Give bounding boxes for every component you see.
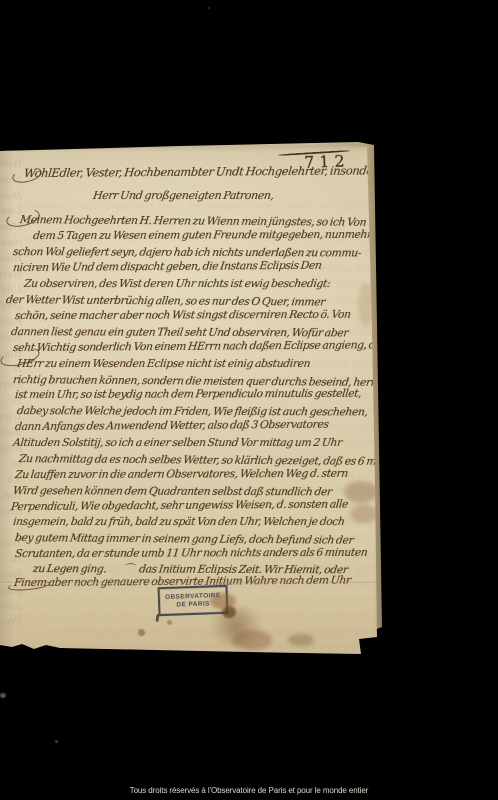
manuscript-line: Zu lauffen zuvor in die andern Observato… [14, 467, 348, 481]
manuscript-line: WohlEdler, Vester, Hochbenambter Undt Ho… [23, 163, 465, 180]
manuscript-line: Zu observiren, des Wist deren Uhr nichts… [23, 277, 331, 290]
manuscript-line: Perpendiculi, Wie obgedacht, sehr ungewi… [10, 497, 348, 513]
manuscript-line: Herr Und großgeneigten Patronen, [92, 189, 274, 202]
dust-speck [0, 693, 6, 698]
ink-stain [288, 634, 314, 646]
manuscript-line: dabey solche Welche jedoch im Friden, Wi… [16, 404, 368, 418]
fold-crease [0, 581, 380, 584]
scanned-letter-view: WohlEdler, Vester, Hochbenambter Undt Ho… [0, 0, 498, 800]
foxing-spot [138, 629, 145, 636]
dust-speck [208, 7, 210, 9]
manuscript-line: schon Wol geliefert seyn, dajero hab ich… [12, 245, 362, 259]
manuscript-line: bey gutem Mittag immer in seinem gang Li… [14, 531, 354, 547]
ink-stain [232, 630, 272, 650]
manuscript-line: Meinem Hochgeehrten H. Herren zu Wienn m… [19, 213, 367, 229]
ink-stain [210, 593, 236, 609]
manuscript-line: der Wetter Wist unterbrüchig allen, so e… [5, 293, 326, 308]
stamp-line2: DE PARIS [176, 600, 210, 609]
manuscript-line: Altituden Solstitij, so ich a einer selb… [12, 436, 342, 449]
manuscript-line: ist mein Uhr, so ist beydig nach dem Per… [14, 387, 362, 401]
manuscript-line: dann Anfangs des Anwendend Wetter, also … [14, 418, 329, 433]
manuscript-line: insgemein, bald zu früh, bald zu spät Vo… [12, 515, 345, 528]
ink-stain [344, 481, 378, 503]
manuscript-line: Wird gesehen können dem Quadranten selbs… [12, 484, 332, 498]
manuscript-line: dem 5 Tagen zu Wesen einem guten Freunde… [32, 228, 372, 242]
manuscript-line: schön, seine macher aber noch Wist sings… [14, 308, 351, 322]
dust-speck [55, 740, 58, 743]
manuscript-page: WohlEdler, Vester, Hochbenambter Undt Ho… [0, 143, 380, 658]
manuscript-line: HErr zu einem Wesenden Eclipse nicht ist… [16, 357, 311, 370]
manuscript-line: Scrutanten, da er stunde umb 11 Uhr noch… [14, 546, 368, 560]
ink-stain [350, 505, 378, 523]
manuscript-line: niciren Wie Und dem dispacht geben, die … [12, 259, 322, 274]
foxing-spot [167, 620, 172, 625]
copyright-caption: Tous droits réservés à l'Observatoire de… [0, 786, 498, 795]
manuscript-line: dannen liest genau ein guten Theil seht … [10, 325, 349, 339]
